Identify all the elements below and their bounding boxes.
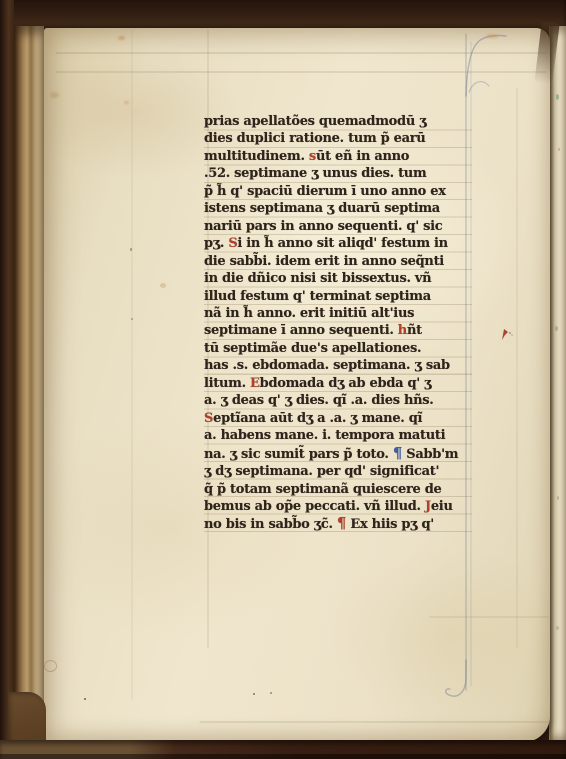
text-segment: in die dñico nisi sit bissextus. vñ (204, 271, 431, 286)
text-segment: bdomada dʒ ab ebda q' ʒ (260, 376, 432, 391)
text-line: multitudinem. sūt eñ in anno (204, 148, 472, 165)
text-line: dies duplici ratione. tum p̃ earū (204, 130, 472, 147)
text-line: Septĩana aūt dʒ a .a. ʒ mane. qĩ (204, 410, 472, 427)
text-line: prias apellatões quemadmodū ʒ (204, 113, 472, 130)
fore-edge-speck (556, 626, 559, 630)
text-line: istens septimana ʒ duarū septima (204, 200, 472, 217)
text-line: illud festum q' terminat septima (204, 288, 472, 305)
text-line: in die dñico nisi sit bissextus. vñ (204, 270, 472, 287)
text-line: nã in h̃ anno. erit initiū alt'ius (204, 305, 472, 322)
text-line: .52. septimane ʒ unus dies. tum (204, 165, 472, 182)
text-segment: prias apellatões quemadmodū ʒ (204, 114, 426, 129)
text-segment: tū septimãe due's apellationes. (204, 341, 421, 356)
rubric-segment: ¶ (337, 514, 346, 532)
text-line: a. habens mane. i. tempora matuti (204, 427, 472, 444)
text-line: die sabb̃i. idem erit in anno seq̃nti (204, 253, 472, 270)
text-line: q̃ p̃ totam septimanã quiescere de (204, 481, 472, 498)
text-line: ʒ dʒ septimana. per qd' significat' (204, 463, 472, 480)
text-line: p̃ h̃ q' spaciū dierum ī uno anno ex (204, 183, 472, 200)
text-segment: i in h̃ anno sit aliqd' festum in (237, 236, 447, 251)
fore-edge-speck (555, 326, 558, 331)
text-segment: .52. septimane ʒ unus dies. tum (204, 166, 426, 181)
text-segment: ʒ dʒ septimana. per qd' significat' (204, 464, 439, 479)
text-segment: die sabb̃i. idem erit in anno seq̃nti (204, 254, 444, 269)
text-segment: istens septimana ʒ duarū septima (204, 201, 440, 216)
rubric-segment: s (309, 149, 316, 164)
text-segment: Ex hiis pʒ q' (346, 517, 434, 532)
red-nota-mark-icon (500, 326, 514, 342)
text-line: no bis in sabb̃o ʒc̃. ¶ Ex hiis pʒ q' (204, 515, 472, 533)
text-line: bemus ab op̃e peccati. vñ illud. Jeiu (204, 498, 472, 515)
text-line: a. ʒ deas q' ʒ dies. qĩ .a. dies hñs. (204, 392, 472, 409)
fore-edge-speck (556, 94, 559, 100)
rubric-segment: S (204, 411, 213, 426)
text-segment: a. ʒ deas q' ʒ dies. qĩ .a. dies hñs. (204, 393, 434, 408)
text-segment: nã in h̃ anno. erit initiū alt'ius (204, 306, 414, 321)
text-segment: ūt eñ in anno (316, 149, 409, 164)
text-line: litum. Ebdomada dʒ ab ebda q' ʒ (204, 375, 472, 392)
text-segment: septimane ī anno sequenti. (204, 323, 398, 338)
text-segment: no bis in sabb̃o ʒc̃. (204, 517, 337, 532)
text-line: septimane ī anno sequenti. hñt (204, 322, 472, 339)
rubric-segment: h (398, 323, 407, 338)
text-segment: eptĩana aūt dʒ a .a. ʒ mane. qĩ (213, 411, 422, 426)
text-line: nariū pars in anno sequenti. q' sic (204, 218, 472, 235)
text-line: na. ʒ sic sumit̃ pars p̃ toto. ¶ Sabb'm (204, 445, 472, 463)
text-segment: ñt (407, 323, 422, 338)
binding-leather-spine (0, 0, 14, 759)
text-segment: Sabb'm (402, 447, 458, 462)
text-segment: q̃ p̃ totam septimanã quiescere de (204, 482, 441, 497)
text-segment: pʒ. (204, 236, 228, 251)
gutter-page-edges (14, 26, 44, 742)
text-line: has .s. ebdomada. septimana. ʒ sab (204, 357, 472, 374)
text-segment: bemus ab op̃e peccati. vñ illud. (204, 499, 425, 514)
fore-edge-speck (558, 148, 560, 151)
text-segment: dies duplici ratione. tum p̃ earū (204, 131, 425, 146)
text-block: prias apellatões quemadmodū ʒdies duplic… (204, 113, 472, 534)
fore-edge-speck (557, 496, 559, 500)
text-segment: eiu (431, 499, 453, 514)
binding-leather-top (0, 0, 566, 30)
text-segment: a. habens mane. i. tempora matuti (204, 428, 445, 443)
text-line: tū septimãe due's apellationes. (204, 340, 472, 357)
text-segment: multitudinem. (204, 149, 309, 164)
text-segment: illud festum q' terminat septima (204, 289, 431, 304)
book-fore-edge (549, 26, 566, 742)
text-segment: has .s. ebdomada. septimana. ʒ sab (204, 358, 450, 373)
text-segment: p̃ h̃ q' spaciū dierum ī uno anno ex (204, 184, 446, 199)
rubric-segment: E (250, 376, 260, 391)
text-segment: na. ʒ sic sumit̃ pars p̃ toto. (204, 447, 393, 462)
text-line: pʒ. Si in h̃ anno sit aliqd' festum in (204, 235, 472, 252)
binding-leather-bottom (0, 740, 566, 759)
text-segment: nariū pars in anno sequenti. q' sic (204, 219, 442, 234)
rubric-segment: ¶ (393, 444, 402, 462)
text-segment: litum. (204, 376, 250, 391)
manuscript-photo: prias apellatões quemadmodū ʒdies duplic… (0, 0, 566, 759)
